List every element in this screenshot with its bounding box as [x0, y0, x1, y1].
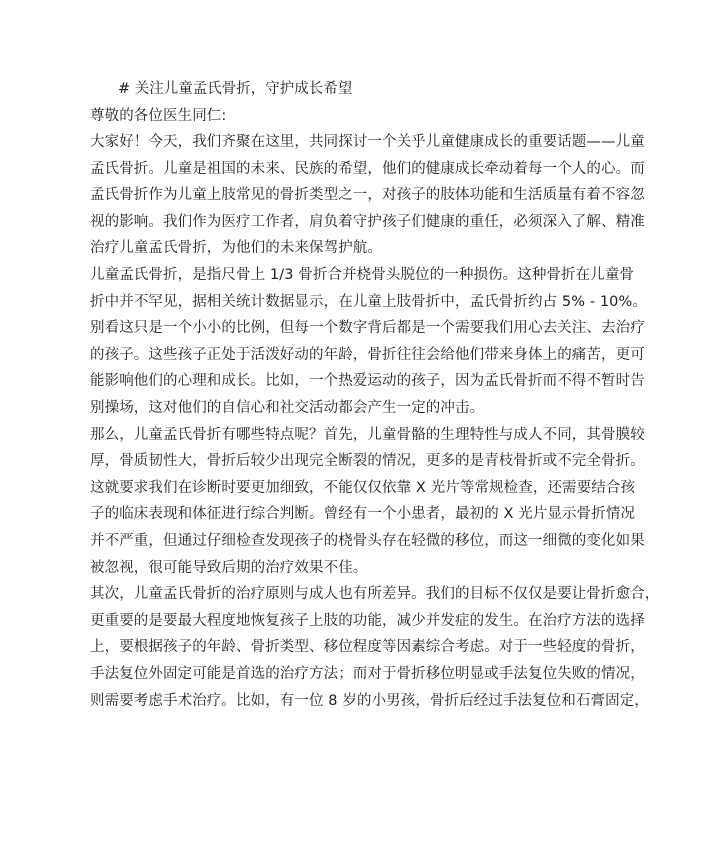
text-line: 手法复位外固定可能是首选的治疗方法；而对于骨折移位明显或手法复位失败的情况，	[90, 661, 622, 688]
text-line: 更重要的是要最大程度地恢复孩子上肢的功能，减少并发症的发生。在治疗方法的选择	[90, 608, 622, 635]
text-line: 则需要考虑手术治疗。比如，有一位 8 岁的小男孩，骨折后经过手法复位和石膏固定，	[90, 688, 622, 715]
paragraph-intro: 大家好！今天，我们齐聚在这里，共同探讨一个关乎儿童健康成长的重要话题——儿童 孟…	[90, 129, 622, 262]
text-line: 治疗儿童孟氏骨折，为他们的未来保驾护航。	[90, 235, 622, 262]
text-line: 厚，骨质韧性大，骨折后较少出现完全断裂的情况，更多的是青枝骨折或不完全骨折。	[90, 448, 622, 475]
text-line: 其次，儿童孟氏骨折的治疗原则与成人也有所差异。我们的目标不仅仅是要让骨折愈合，	[90, 581, 622, 608]
text-line: 折中并不罕见，据相关统计数据显示，在儿童上肢骨折中，孟氏骨折约占 5% - 10…	[90, 289, 622, 316]
text-line: 能影响他们的心理和成长。比如，一个热爱运动的孩子，因为孟氏骨折而不得不暂时告	[90, 368, 622, 395]
text-line: 子的临床表现和体征进行综合判断。曾经有一个小患者，最初的 X 光片显示骨折情况	[90, 501, 622, 528]
text-line: 上，要根据孩子的年龄、骨折类型、移位程度等因素综合考虑。对于一些轻度的骨折，	[90, 634, 622, 661]
text-line: 别看这只是一个小小的比例，但每一个数字背后都是一个需要我们用心去关注、去治疗	[90, 315, 622, 342]
paragraph-characteristics: 那么，儿童孟氏骨折有哪些特点呢？首先，儿童骨骼的生理特性与成人不同，其骨膜较 厚…	[90, 422, 622, 582]
text-line: 别操场，这对他们的自信心和社交活动都会产生一定的冲击。	[90, 395, 622, 422]
paragraph-definition: 儿童孟氏骨折，是指尺骨上 1/3 骨折合并桡骨头脱位的一种损伤。这种骨折在儿童骨…	[90, 262, 622, 422]
document-page: # 关注儿童孟氏骨折，守护成长希望 尊敬的各位医生同仁: 大家好！今天，我们齐聚…	[90, 76, 622, 714]
document-title: # 关注儿童孟氏骨折，守护成长希望	[90, 76, 622, 103]
text-line: 大家好！今天，我们齐聚在这里，共同探讨一个关乎儿童健康成长的重要话题——儿童	[90, 129, 622, 156]
text-line: 这就要求我们在诊断时要更加细致，不能仅仅依靠 X 光片等常规检查，还需要结合孩	[90, 475, 622, 502]
text-line: 孟氏骨折作为儿童上肢常见的骨折类型之一，对孩子的肢体功能和生活质量有着不容忽	[90, 182, 622, 209]
text-line: 被忽视，很可能导致后期的治疗效果不佳。	[90, 555, 622, 582]
text-line: 并不严重，但通过仔细检查发现孩子的桡骨头存在轻微的移位，而这一细微的变化如果	[90, 528, 622, 555]
text-line: 孟氏骨折。儿童是祖国的未来、民族的希望，他们的健康成长牵动着每一个人的心。而	[90, 156, 622, 183]
text-line: 那么，儿童孟氏骨折有哪些特点呢？首先，儿童骨骼的生理特性与成人不同，其骨膜较	[90, 422, 622, 449]
paragraph-treatment: 其次，儿童孟氏骨折的治疗原则与成人也有所差异。我们的目标不仅仅是要让骨折愈合， …	[90, 581, 622, 714]
text-line: 儿童孟氏骨折，是指尺骨上 1/3 骨折合并桡骨头脱位的一种损伤。这种骨折在儿童骨	[90, 262, 622, 289]
text-line: 视的影响。我们作为医疗工作者，肩负着守护孩子们健康的重任，必须深入了解、精准	[90, 209, 622, 236]
text-line: 的孩子。这些孩子正处于活泼好动的年龄，骨折往往会给他们带来身体上的痛苦，更可	[90, 342, 622, 369]
salutation: 尊敬的各位医生同仁:	[90, 103, 622, 130]
